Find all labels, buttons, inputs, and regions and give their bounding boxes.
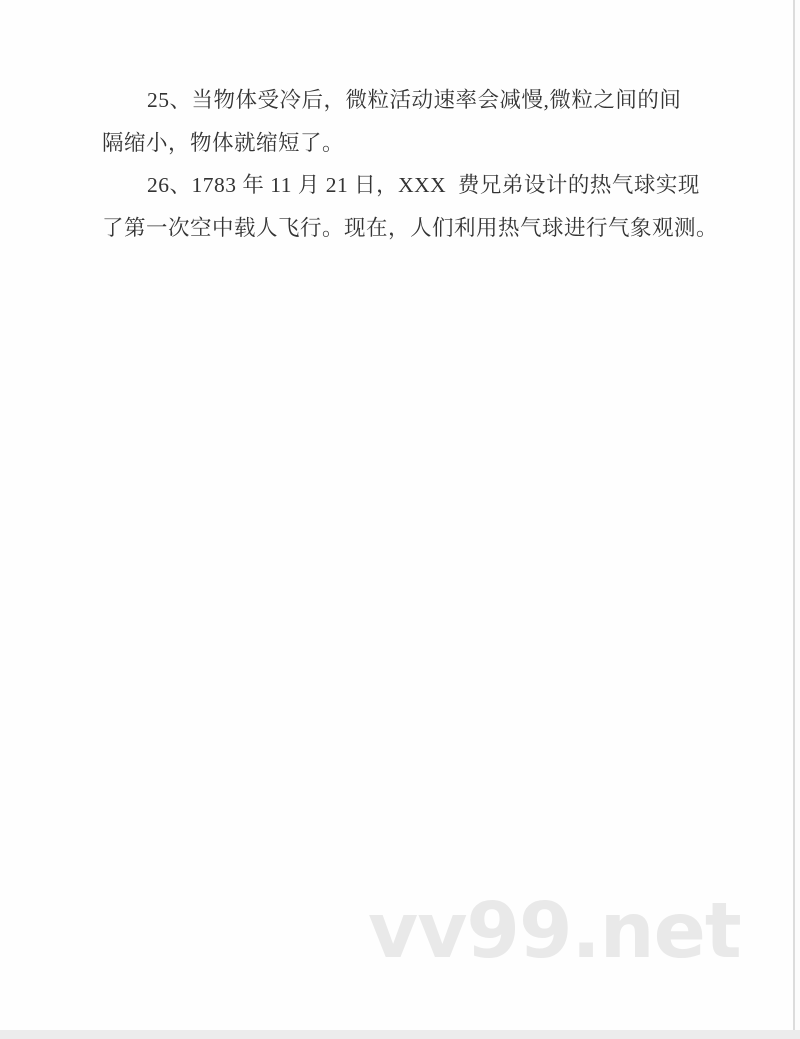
paragraph-line: 了第一次空中载人飞行。现在，人们利用热气球进行气象观测。 bbox=[102, 207, 727, 250]
paragraph-line: 25、当物体受冷后，微粒活动速率会减慢,微粒之间的间 bbox=[102, 79, 727, 122]
document-page: 25、当物体受冷后，微粒活动速率会减慢,微粒之间的间 隔缩小，物体就缩短了。 2… bbox=[0, 0, 793, 1030]
viewer-background-bottom bbox=[0, 1030, 800, 1039]
document-viewer: 25、当物体受冷后，微粒活动速率会减慢,微粒之间的间 隔缩小，物体就缩短了。 2… bbox=[0, 0, 800, 1039]
paragraph-line: 26、1783 年 11 月 21 日，XXX 费兄弟设计的热气球实现 bbox=[102, 164, 727, 207]
paragraph-line: 隔缩小，物体就缩短了。 bbox=[102, 122, 727, 165]
text-content: 25、当物体受冷后，微粒活动速率会减慢,微粒之间的间 隔缩小，物体就缩短了。 2… bbox=[102, 79, 727, 250]
watermark: vv99.net bbox=[368, 893, 741, 970]
viewer-background-right bbox=[795, 0, 800, 1030]
